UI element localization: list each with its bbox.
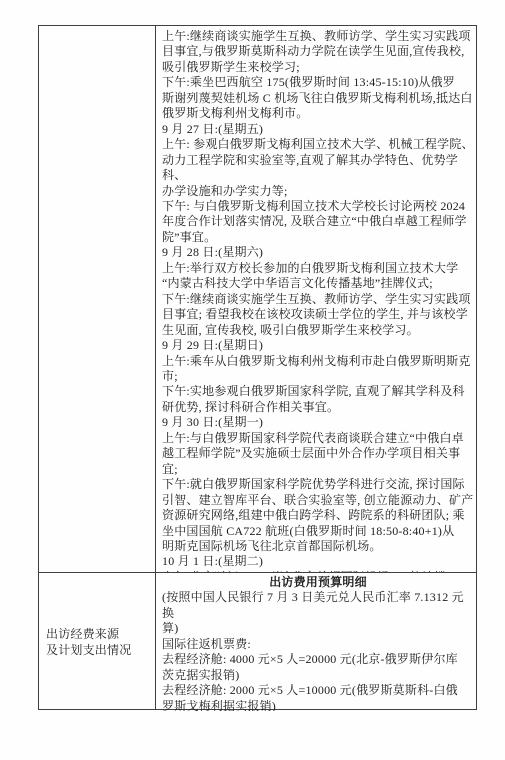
document-page: 上午:继续商谈实施学生互换、教师访学、学生实习实践项 目事宜,与俄罗斯莫斯科动力… <box>0 0 505 760</box>
itinerary-expense-table: 上午:继续商谈实施学生互换、教师访学、学生实习实践项 目事宜,与俄罗斯莫斯科动力… <box>38 25 477 710</box>
budget-detail-text: (按照中国人民银行 7 月 3 日美元兑人民币汇率 7.1312 元换 算) 国… <box>162 590 474 711</box>
expense-budget-cell: 出访费用预算明细 (按照中国人民银行 7 月 3 日美元兑人民币汇率 7.131… <box>156 573 478 711</box>
itinerary-cell: 上午:继续商谈实施学生互换、教师访学、学生实习实践项 目事宜,与俄罗斯莫斯科动力… <box>156 26 478 572</box>
budget-detail-heading: 出访费用预算明细 <box>162 575 474 590</box>
expense-source-label-cell: 出访经费来源 及计划支出情况 <box>39 573 155 711</box>
expense-source-label: 出访经费来源 及计划支出情况 <box>46 626 131 658</box>
itinerary-text: 上午:继续商谈实施学生互换、教师访学、学生实习实践项 目事宜,与俄罗斯莫斯科动力… <box>162 29 474 572</box>
